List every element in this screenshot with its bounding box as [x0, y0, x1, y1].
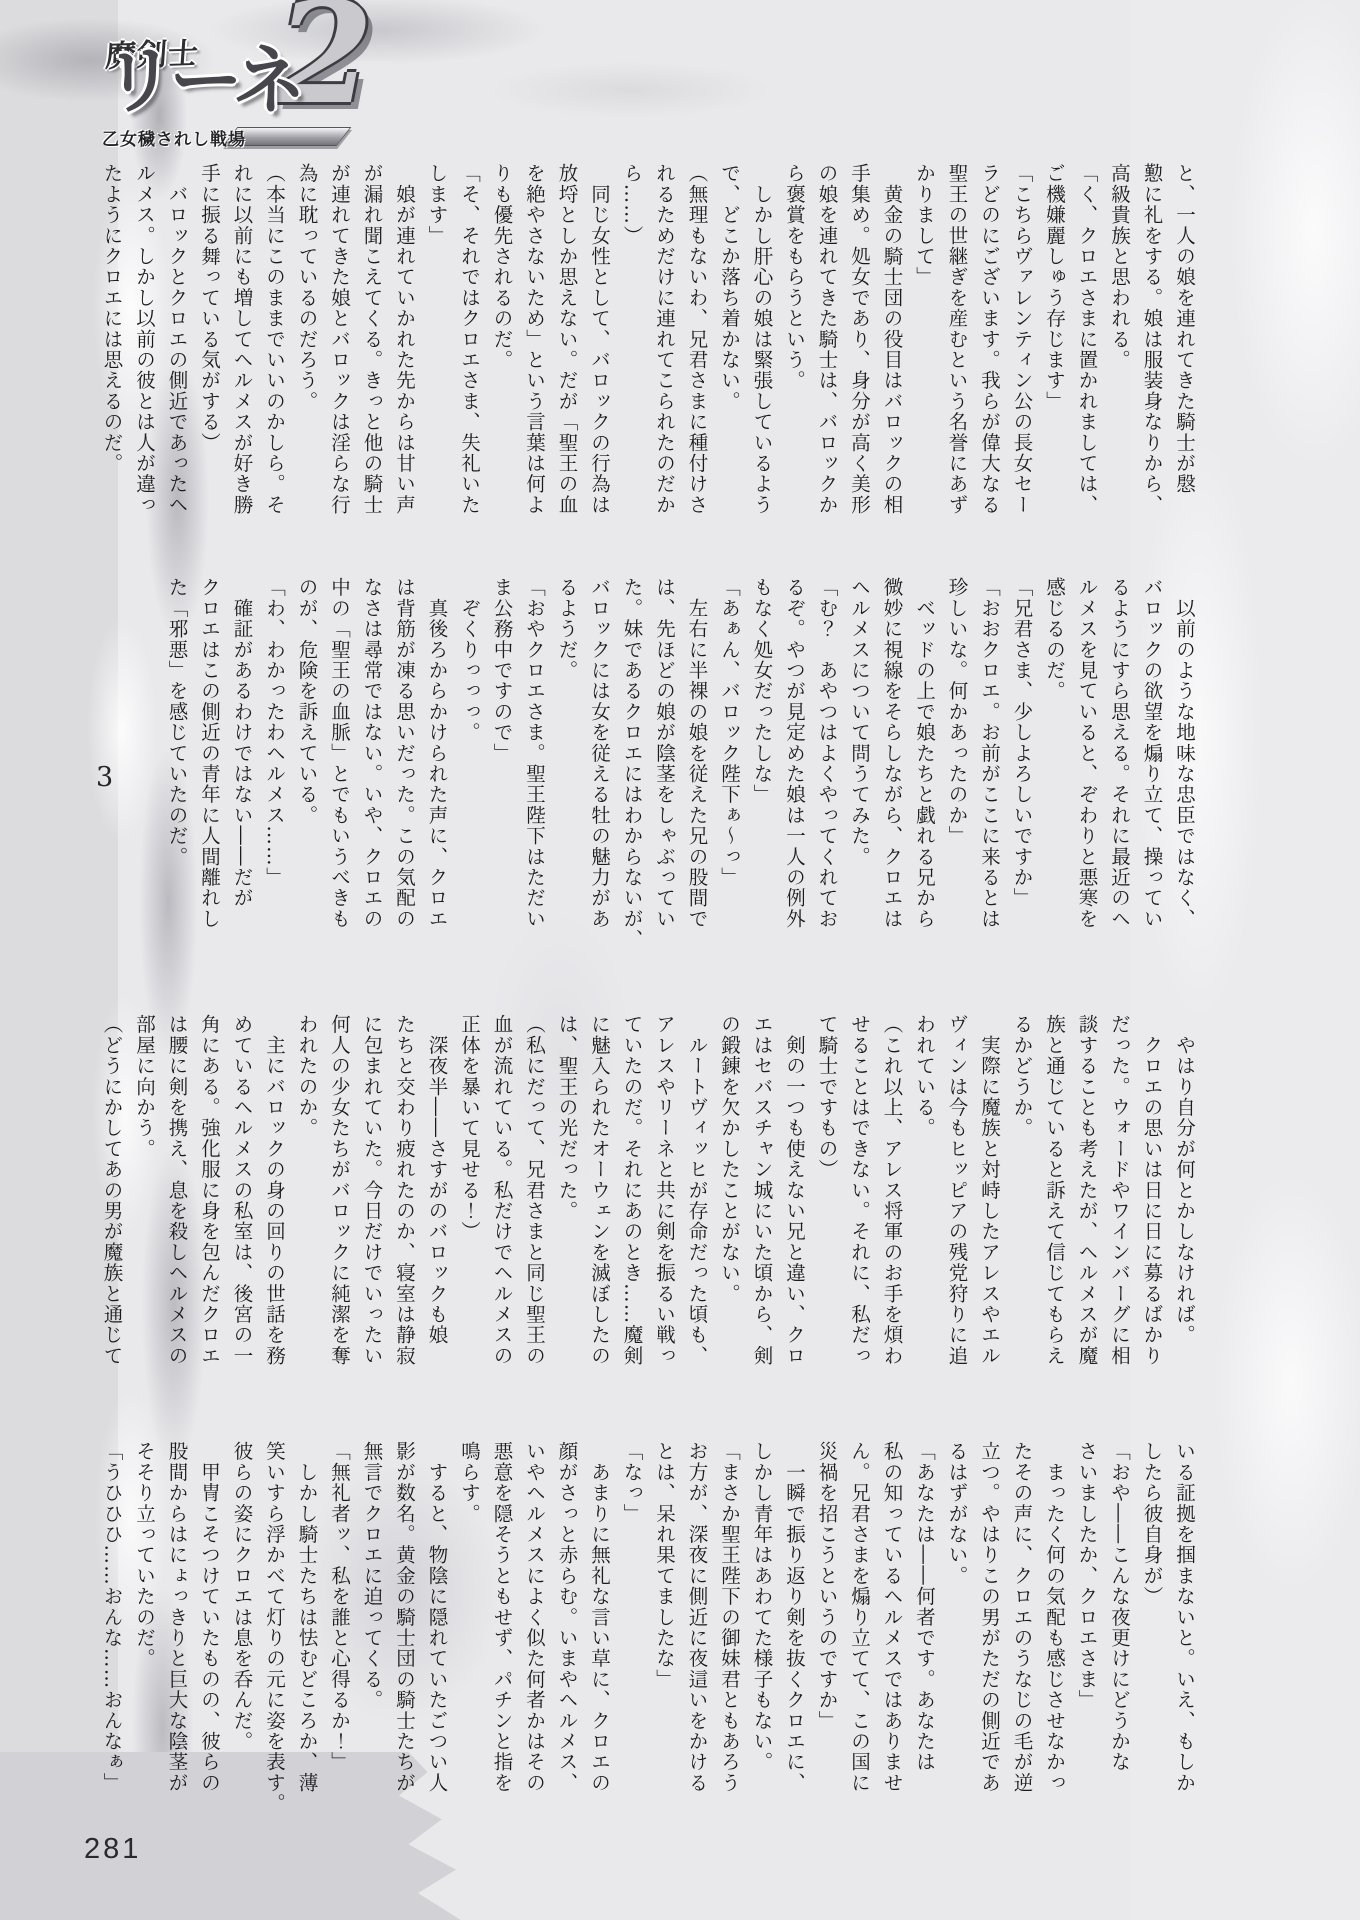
text-column: 「あぁん、バロック陛下ぁ〜っ」 [713, 577, 746, 962]
section-number: 3 [96, 762, 113, 793]
text-column: 「無礼者ッ、私を誰と心得るか！」 [323, 1441, 356, 1826]
series-logo: 魔剣士 2 リーネ 乙女穢されし戦場 [80, 6, 360, 158]
text-column: しかし青年はあわてた様子もない。 [745, 1441, 778, 1826]
text-column: もなく処女だったしな」 [745, 577, 778, 962]
text-column: クロエの思いは日に日に募るばかり [1135, 1014, 1168, 1399]
text-column: ま公務中ですので」 [485, 577, 518, 962]
text-column: 災禍を招こうというのですか」 [810, 1441, 843, 1826]
text-column: すると、物陰に隠れていたごつい人 [420, 1441, 453, 1826]
text-column: 左右に半裸の娘を従えた兄の股間で [680, 577, 713, 962]
text-column: の娘を連れてきた騎士は、バロックか [810, 163, 843, 548]
text-column: 笑いすら浮かべて灯りの元に姿を表す。 [258, 1441, 291, 1826]
text-column: るぞ。やつが見定めた娘は一人の例外 [778, 577, 811, 962]
text-column: バロックには女を従える牡の魅力があ [583, 577, 616, 962]
text-column: （無理もないわ、兄君さまに種付けさ [680, 163, 713, 548]
text-column: 「なっ」 [615, 1441, 648, 1826]
text-column: ヴィンは今もヒッピアの残党狩りに追 [940, 1014, 973, 1399]
text-column: 「まさか聖王陛下の御妹君ともあろう [713, 1441, 746, 1826]
text-column: 剣の一つも使えない兄と違い、クロ [778, 1014, 811, 1399]
text-column: 談することも考えたが、ヘルメスが魔 [1070, 1014, 1103, 1399]
text-band-4: いる証拠を掴まないと。いえ、もしかしたら彼自身が）「おや――こんな夜更けにどうか… [95, 1441, 1200, 1826]
text-column: ルートヴィッヒが存命だった頃も、 [680, 1014, 713, 1399]
text-column: ルメス。しかし以前の彼とは人が違っ [128, 163, 161, 548]
text-column: 無言でクロエに迫ってくる。 [355, 1441, 388, 1826]
text-column: れに以前にも増してヘルメスが好き勝 [225, 163, 258, 548]
text-column: は、先ほどの娘が陰茎をしゃぶってい [648, 577, 681, 962]
text-column: 「おおクロエ。お前がここに来るとは [973, 577, 1006, 962]
text-column: バロックとクロエの側近であったヘ [160, 163, 193, 548]
text-column: 部屋に向かう。 [128, 1014, 161, 1399]
text-column: お方が、深夜に側近に夜這いをかける [680, 1441, 713, 1826]
text-column: は背筋が凍る思いだった。この気配の [388, 577, 421, 962]
text-column: 角にある。強化服に身を包んだクロエ [193, 1014, 226, 1399]
text-column: 同じ女性として、バロックの行為は [583, 163, 616, 548]
text-column: たようにクロエには思えるのだ。 [95, 163, 128, 548]
text-column: せることはできない。それに、私だっ [843, 1014, 876, 1399]
text-column: 手に振る舞っている気がする） [193, 163, 226, 548]
text-column: ていたのだ。それにあのとき……魔剣 [615, 1014, 648, 1399]
text-column: が連れてきた娘とバロックは淫らな行 [323, 163, 356, 548]
text-column: そそり立っていたのだ。 [128, 1441, 161, 1826]
text-column: 立つ。やはりこの男がただの側近であ [973, 1441, 1006, 1826]
text-column: たその声に、クロエのうなじの毛が逆 [1005, 1441, 1038, 1826]
text-column: と、一人の娘を連れてきた騎士が慇 [1168, 163, 1201, 548]
text-column: 彼らの姿にクロエは息を呑んだ。 [225, 1441, 258, 1826]
text-column: 珍しいな。何かあったのか」 [940, 577, 973, 962]
text-column: 「うひひひ……おんな……おんなぁ」 [95, 1441, 128, 1826]
text-column: 正体を暴いて見せる！） [453, 1014, 486, 1399]
text-column: めているヘルメスの私室は、後宮の一 [225, 1014, 258, 1399]
text-column: た。妹であるクロエにはわからないが、 [615, 577, 648, 962]
text-column: 感じるのだ。 [1038, 577, 1071, 962]
text-column: われたのか。 [290, 1014, 323, 1399]
text-column: 確証があるわけではない――だが [225, 577, 258, 962]
text-column: 以前のような地味な忠臣ではなく、 [1168, 577, 1201, 962]
text-column: 中の「聖王の血脈」とでもいうべきも [323, 577, 356, 962]
text-column: は腰に剣を携え、息を殺しヘルメスの [160, 1014, 193, 1399]
text-column: 甲冑こそつけていたものの、彼らの [193, 1441, 226, 1826]
text-column: ら……） [615, 163, 648, 548]
text-column: は、聖王の光だった。 [550, 1014, 583, 1399]
text-column: バロックの欲望を煽り立て、操ってい [1135, 577, 1168, 962]
text-column: ん。兄君さまを煽り立てて、この国に [843, 1441, 876, 1826]
text-column: 「そ、それではクロエさま、失礼いた [453, 163, 486, 548]
text-column: なさは尋常ではない。いや、クロエの [355, 577, 388, 962]
text-band-2: 以前のような地味な忠臣ではなく、バロックの欲望を煽り立て、操っているようにすら思… [160, 577, 1200, 962]
text-column: たちと交わり疲れたのか、寝室は静寂 [388, 1014, 421, 1399]
text-column: いやヘルメスによく似た何者かはその [518, 1441, 551, 1826]
text-column: とは、呆れ果てましたな」 [648, 1441, 681, 1826]
page-number: 281 [84, 1833, 141, 1866]
text-column: （私にだって、兄君さまと同じ聖王の [518, 1014, 551, 1399]
text-column: かりまして」 [908, 163, 941, 548]
text-column: 懃に礼をする。娘は服装身なりから、 [1135, 163, 1168, 548]
text-column: 「おやクロエさま。聖王陛下はただい [518, 577, 551, 962]
text-column: 実際に魔族と対峙したアレスやエル [973, 1014, 1006, 1399]
logo-title-text: リーネ [102, 44, 299, 118]
text-column: に魅入られたオーウェンを滅ぼしたの [583, 1014, 616, 1399]
text-column: 血が流れている。私だけでヘルメスの [485, 1014, 518, 1399]
text-column: るようだ。 [550, 577, 583, 962]
text-column: 聖王の世継ぎを産むという名誉にあず [940, 163, 973, 548]
text-column: 高級貴族と思われる。 [1103, 163, 1136, 548]
text-column: 「おや――こんな夜更けにどうかな [1103, 1441, 1136, 1826]
logo-subtitle-text: 乙女穢されし戦場 [102, 125, 246, 150]
text-column: 族と通じていると訴えて信じてもらえ [1038, 1014, 1071, 1399]
text-column: ベッドの上で娘たちと戯れる兄から [908, 577, 941, 962]
text-column: 鳴らす。 [453, 1441, 486, 1826]
text-column: ご機嫌麗しゅう存じます」 [1038, 163, 1071, 548]
text-column: が漏れ聞こえてくる。きっと他の騎士 [355, 163, 388, 548]
text-column: 股間からはにょっきりと巨大な陰茎が [160, 1441, 193, 1826]
text-column: 黄金の騎士団の役目はバロックの相 [875, 163, 908, 548]
text-column: 「こちらヴァレンティン公の長女セー [1005, 163, 1038, 548]
text-column: 娘が連れていかれた先からは甘い声 [388, 163, 421, 548]
text-column: 深夜半――さすがのバロックも娘 [420, 1014, 453, 1399]
text-column: します」 [420, 163, 453, 548]
text-column: りも優先されるのだ。 [485, 163, 518, 548]
text-column: 主にバロックの身の回りの世話を務 [258, 1014, 291, 1399]
text-column: 「わ、わかったわヘルメス……」 [258, 577, 291, 962]
text-column: 影が数名。黄金の騎士団の騎士たちが [388, 1441, 421, 1826]
text-column: （これ以上、アレス将軍のお手を煩わ [875, 1014, 908, 1399]
text-column: れるためだけに連れてこられたのだか [648, 163, 681, 548]
text-column: しかし騎士たちは怯むどころか、薄 [290, 1441, 323, 1826]
text-column: 為に耽っているのだろう。 [290, 163, 323, 548]
text-column: したら彼自身が） [1135, 1441, 1168, 1826]
text-column: 手集め。処女であり、身分が高く美形 [843, 163, 876, 548]
text-column: まったく何の気配も感じさせなかっ [1038, 1441, 1071, 1826]
text-column: われている。 [908, 1014, 941, 1399]
text-column: 「兄君さま、少しよろしいですか」 [1005, 577, 1038, 962]
text-column: しかし肝心の娘は緊張しているよう [745, 163, 778, 548]
text-column: 「あなたは――何者です。あなたは [908, 1441, 941, 1826]
text-column: やはり自分が何とかしなければ。 [1168, 1014, 1201, 1399]
text-column: を絶やさないため」という言葉は何よ [518, 163, 551, 548]
text-column: ぞくりっっっ。 [453, 577, 486, 962]
text-column: 真後ろからかけられた声に、クロエ [420, 577, 453, 962]
text-column: に包まれていた。今日だけでいったい [355, 1014, 388, 1399]
text-column: 悪意を隠そうともせず、パチンと指を [485, 1441, 518, 1826]
text-column: いる証拠を掴まないと。いえ、もしか [1168, 1441, 1201, 1826]
text-column: ヘルメスについて問うてみた。 [843, 577, 876, 962]
text-column: 「む？ あやつはよくやってくれてお [810, 577, 843, 962]
text-column: るかどうか。 [1005, 1014, 1038, 1399]
text-column: （本当にこのままでいいのかしら。そ [258, 163, 291, 548]
text-column: クロエはこの側近の青年に人間離れし [193, 577, 226, 962]
text-column: だった。ウォードやワインバーグに相 [1103, 1014, 1136, 1399]
text-column: ルメスを見ていると、ぞわりと悪寒を [1070, 577, 1103, 962]
text-column: るはずがない。 [940, 1441, 973, 1826]
text-column: 何人の少女たちがバロックに純潔を奪 [323, 1014, 356, 1399]
text-column: 顔がさっと赤らむ。いまやヘルメス、 [550, 1441, 583, 1826]
text-column: 「く、クロエさまに置かれましては、 [1070, 163, 1103, 548]
text-column: の鍛錬を欠かしたことがない。 [713, 1014, 746, 1399]
text-column: あまりに無礼な言い草に、クロエの [583, 1441, 616, 1826]
text-column: た「邪悪」を感じていたのだ。 [160, 577, 193, 962]
text-column: で、どこか落ち着かない。 [713, 163, 746, 548]
text-column: ラどのにございます。我らが偉大なる [973, 163, 1006, 548]
text-column: エはセバスチャン城にいた頃から、剣 [745, 1014, 778, 1399]
text-column: アレスやリーネと共に剣を振るい戦っ [648, 1014, 681, 1399]
text-column: 微妙に視線をそらしながら、クロエは [875, 577, 908, 962]
text-column: るようにすら思える。それに最近のヘ [1103, 577, 1136, 962]
text-column: のが、危険を訴えている。 [290, 577, 323, 962]
text-band-3: やはり自分が何とかしなければ。 クロエの思いは日に日に募るばかりだった。ウォード… [95, 1014, 1200, 1399]
text-column: さいましたか、クロエさま」 [1070, 1441, 1103, 1826]
text-column: 放埒としか思えない。だが「聖王の血 [550, 163, 583, 548]
text-column: 一瞬で振り返り剣を抜くクロエに、 [778, 1441, 811, 1826]
text-column: ら褒賞をもらうという。 [778, 163, 811, 548]
text-column: 私の知っているヘルメスではありませ [875, 1441, 908, 1826]
text-band-1: と、一人の娘を連れてきた騎士が慇懃に礼をする。娘は服装身なりから、高級貴族と思わ… [95, 163, 1200, 548]
text-column: （どうにかしてあの男が魔族と通じて [95, 1014, 128, 1399]
novel-page: 魔剣士 2 リーネ 乙女穢されし戦場 と、一人の娘を連れてきた騎士が慇懃に礼をす… [0, 0, 1360, 1920]
text-column: て騎士ですもの） [810, 1014, 843, 1399]
